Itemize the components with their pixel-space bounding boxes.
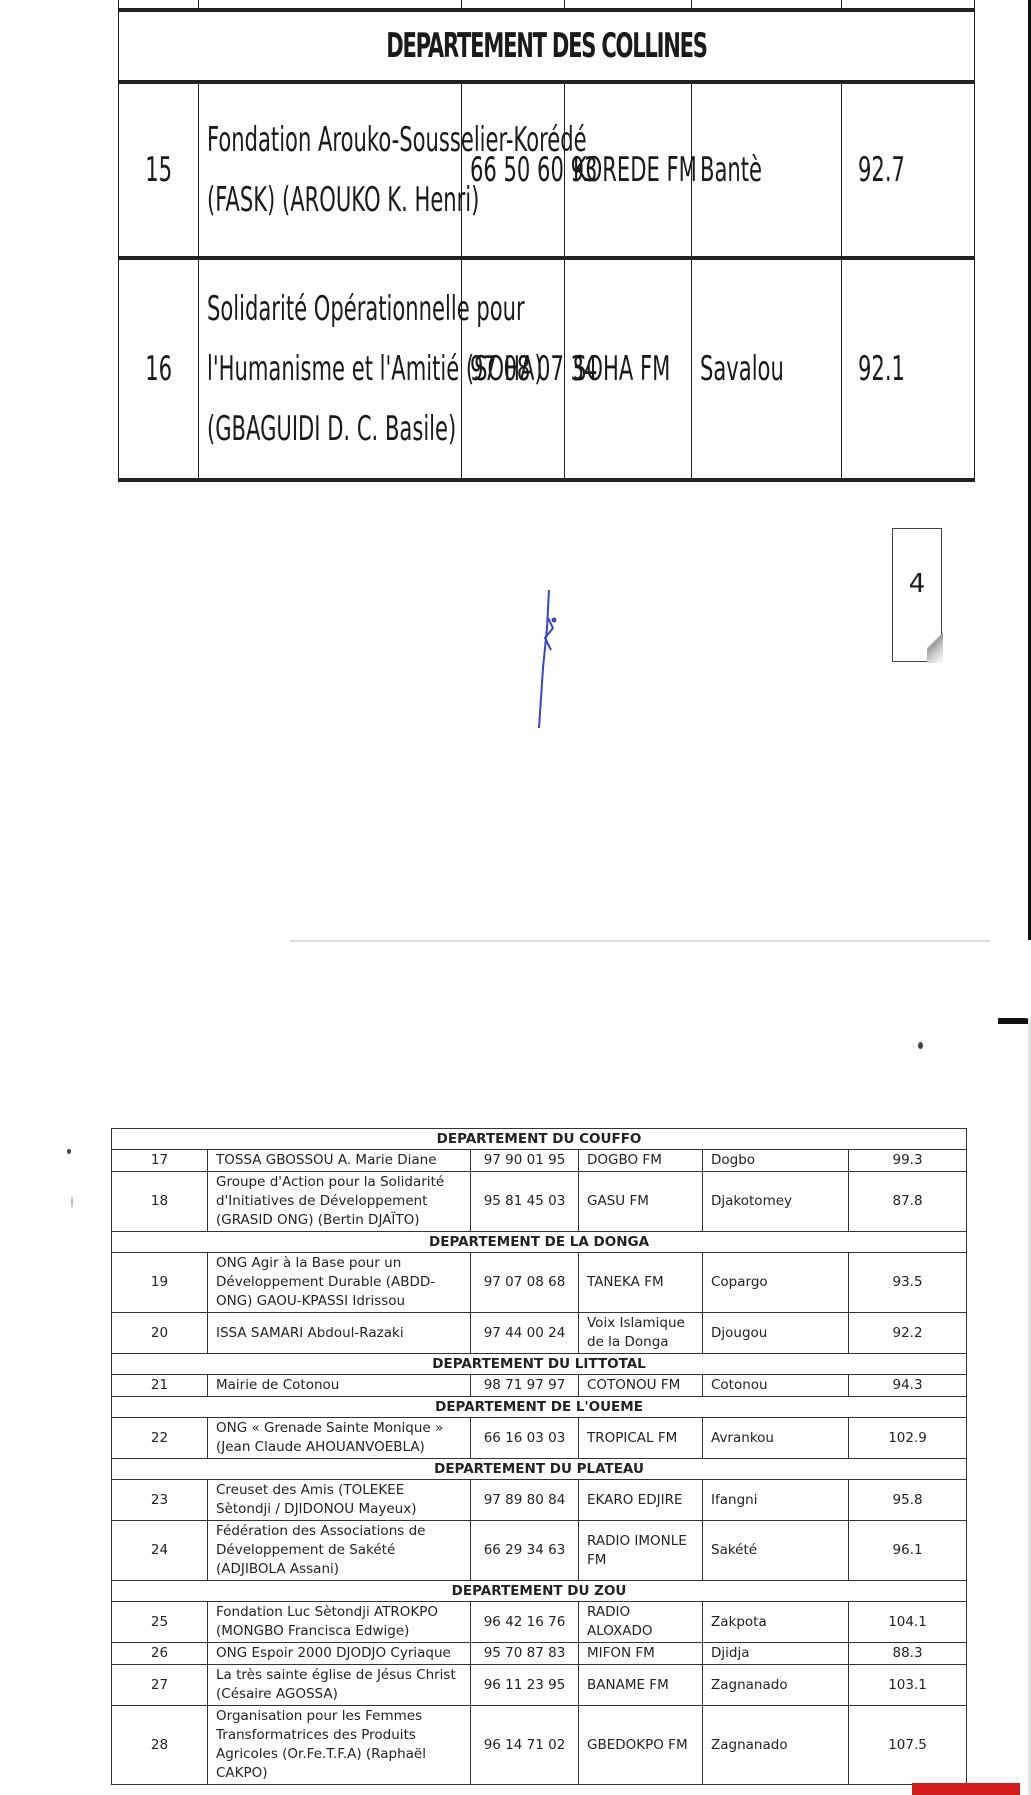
department-header-row: DEPARTEMENT DU LITTOTAL <box>112 1354 967 1375</box>
promoter-line: Solidarité Opérationnelle pour <box>207 279 525 339</box>
department-header: DEPARTEMENT DES COLLINES <box>119 10 975 82</box>
phone: 98 71 97 97 <box>471 1375 579 1397</box>
frequency: 92.7 <box>858 150 905 190</box>
locality: Zagnanado <box>703 1665 849 1706</box>
radio-name: SOHA FM <box>573 349 670 389</box>
frequency: 88.3 <box>849 1643 967 1665</box>
phone: 95 81 45 03 <box>471 1172 579 1232</box>
promoter-name: ONG Espoir 2000 DJODJO Cyriaque <box>208 1643 471 1665</box>
promoter-name: Fédération des Associations de Développe… <box>208 1521 471 1581</box>
locality: Sakété <box>703 1521 849 1581</box>
scanned-page-1: DEPARTEMENT DES COLLINES 15 Fondation Ar… <box>0 0 1031 940</box>
promoter-name: ISSA SAMARI Abdoul-Razaki <box>208 1313 471 1354</box>
previous-row-stub <box>119 0 975 10</box>
phone: 66 29 34 63 <box>471 1521 579 1581</box>
table-row: 23Creuset des Amis (TOLEKEE Sètondji / D… <box>112 1480 967 1521</box>
locality: Ifangni <box>703 1480 849 1521</box>
department-title: DEPARTEMENT DU PLATEAU <box>112 1459 967 1480</box>
table-row: 22ONG « Grenade Sainte Monique » (Jean C… <box>112 1418 967 1459</box>
department-title: DEPARTEMENT DE LA DONGA <box>112 1232 967 1253</box>
frequency: 103.1 <box>849 1665 967 1706</box>
radio-name: RADIO ALOXADO <box>579 1602 703 1643</box>
radio-name: MIFON FM <box>579 1643 703 1665</box>
scan-speck <box>918 1042 923 1049</box>
radio-name: TROPICAL FM <box>579 1418 703 1459</box>
row-number: 18 <box>112 1172 208 1232</box>
locality: Djidja <box>703 1643 849 1665</box>
department-header-row: DEPARTEMENT DU COUFFO <box>112 1129 967 1150</box>
radio-name: Voix Islamique de la Donga <box>579 1313 703 1354</box>
promoter-line: (FASK) (AROUKO K. Henri) <box>207 170 479 230</box>
department-title: DEPARTEMENT DU COUFFO <box>112 1129 967 1150</box>
promoter-name: Creuset des Amis (TOLEKEE Sètondji / DJI… <box>208 1480 471 1521</box>
locality: Djakotomey <box>703 1172 849 1232</box>
frequency: 99.3 <box>849 1150 967 1172</box>
page-edge-line <box>290 940 990 942</box>
red-tab-marker <box>912 1783 1020 1795</box>
row-number: 21 <box>112 1375 208 1397</box>
stations-table: DEPARTEMENT DU COUFFO17TOSSA GBOSSOU A. … <box>111 1128 967 1785</box>
phone: 66 16 03 03 <box>471 1418 579 1459</box>
phone: 97 90 01 95 <box>471 1150 579 1172</box>
radio-name: COTONOU FM <box>579 1375 703 1397</box>
department-header-row: DEPARTEMENT DE L'OUEME <box>112 1397 967 1418</box>
page-number-stamp-icon: 4 <box>892 528 942 662</box>
department-header-row: DEPARTEMENT DU ZOU <box>112 1581 967 1602</box>
phone: 95 70 87 83 <box>471 1643 579 1665</box>
table-row: 21Mairie de Cotonou98 71 97 97COTONOU FM… <box>112 1375 967 1397</box>
phone: 96 42 16 76 <box>471 1602 579 1643</box>
department-header-row: DEPARTEMENT DU PLATEAU <box>112 1459 967 1480</box>
locality: Dogbo <box>703 1150 849 1172</box>
table-row: 18Groupe d'Action pour la Solidarité d'I… <box>112 1172 967 1232</box>
row-number: 17 <box>112 1150 208 1172</box>
collines-table: DEPARTEMENT DES COLLINES 15 Fondation Ar… <box>118 0 975 482</box>
table-row: 25Fondation Luc Sètondji ATROKPO (MONGBO… <box>112 1602 967 1643</box>
table-row: 28Organisation pour les Femmes Transform… <box>112 1706 967 1785</box>
row-number: 19 <box>112 1253 208 1313</box>
row-number: 20 <box>112 1313 208 1354</box>
locality: Zagnanado <box>703 1706 849 1785</box>
locality: Avrankou <box>703 1418 849 1459</box>
row-number: 26 <box>112 1643 208 1665</box>
department-title: DEPARTEMENT DES COLLINES <box>386 26 707 66</box>
table-row: 19ONG Agir à la Base pour un Développeme… <box>112 1253 967 1313</box>
table-row: 20ISSA SAMARI Abdoul-Razaki97 44 00 24Vo… <box>112 1313 967 1354</box>
promoter-name: Groupe d'Action pour la Solidarité d'Ini… <box>208 1172 471 1232</box>
scan-speck <box>71 1196 73 1208</box>
radio-name: GBEDOKPO FM <box>579 1706 703 1785</box>
frequency: 107.5 <box>849 1706 967 1785</box>
table-row: 26ONG Espoir 2000 DJODJO Cyriaque95 70 8… <box>112 1643 967 1665</box>
frequency: 94.3 <box>849 1375 967 1397</box>
locality: Cotonou <box>703 1375 849 1397</box>
frequency: 102.9 <box>849 1418 967 1459</box>
phone: 97 89 80 84 <box>471 1480 579 1521</box>
promoter-name: ONG « Grenade Sainte Monique » (Jean Cla… <box>208 1418 471 1459</box>
promoter-name: La très sainte église de Jésus Christ (C… <box>208 1665 471 1706</box>
locality: Bantè <box>700 150 762 190</box>
phone: 96 14 71 02 <box>471 1706 579 1785</box>
promoter-line: (GBAGUIDI D. C. Basile) <box>207 399 456 459</box>
row-number: 28 <box>112 1706 208 1785</box>
row-number: 15 <box>145 150 172 190</box>
radio-name: GASU FM <box>579 1172 703 1232</box>
radio-name: KOREDE FM <box>573 150 697 190</box>
page-number: 4 <box>909 569 926 599</box>
phone: 96 11 23 95 <box>471 1665 579 1706</box>
frequency: 92.1 <box>858 349 905 389</box>
row-number: 27 <box>112 1665 208 1706</box>
row-number: 23 <box>112 1480 208 1521</box>
frequency: 104.1 <box>849 1602 967 1643</box>
frequency: 96.1 <box>849 1521 967 1581</box>
locality: Copargo <box>703 1253 849 1313</box>
signature-icon <box>535 588 565 738</box>
locality: Djougou <box>703 1313 849 1354</box>
radio-name: EKARO EDJIRE <box>579 1480 703 1521</box>
promoter-name: Organisation pour les Femmes Transformat… <box>208 1706 471 1785</box>
radio-name: DOGBO FM <box>579 1150 703 1172</box>
department-title: DEPARTEMENT DE L'OUEME <box>112 1397 967 1418</box>
table-row: 27La très sainte église de Jésus Christ … <box>112 1665 967 1706</box>
page-corner <box>998 1018 1031 1024</box>
radio-name: TANEKA FM <box>579 1253 703 1313</box>
row-number: 25 <box>112 1602 208 1643</box>
department-title: DEPARTEMENT DU LITTOTAL <box>112 1354 967 1375</box>
phone: 97 07 08 68 <box>471 1253 579 1313</box>
table-row: 24Fédération des Associations de Dévelop… <box>112 1521 967 1581</box>
frequency: 87.8 <box>849 1172 967 1232</box>
scanned-page-2: DEPARTEMENT DU COUFFO17TOSSA GBOSSOU A. … <box>0 1018 1031 1795</box>
table-row: 17TOSSA GBOSSOU A. Marie Diane97 90 01 9… <box>112 1150 967 1172</box>
table-row: 15 Fondation Arouko-Sousselier-Korédé (F… <box>119 82 975 258</box>
department-header-row: DEPARTEMENT DES COLLINES <box>119 10 975 82</box>
scan-speck <box>67 1149 71 1154</box>
promoter-name: ONG Agir à la Base pour un Développement… <box>208 1253 471 1313</box>
table-row: 16 Solidarité Opérationnelle pour l'Huma… <box>119 258 975 480</box>
phone: 97 44 00 24 <box>471 1313 579 1354</box>
radio-name: BANAME FM <box>579 1665 703 1706</box>
promoter-name: Fondation Luc Sètondji ATROKPO (MONGBO F… <box>208 1602 471 1643</box>
promoter-name: TOSSA GBOSSOU A. Marie Diane <box>208 1150 471 1172</box>
department-title: DEPARTEMENT DU ZOU <box>112 1581 967 1602</box>
locality: Zakpota <box>703 1602 849 1643</box>
row-number: 24 <box>112 1521 208 1581</box>
department-header-row: DEPARTEMENT DE LA DONGA <box>112 1232 967 1253</box>
row-number: 16 <box>145 349 172 389</box>
frequency: 93.5 <box>849 1253 967 1313</box>
radio-name: RADIO IMONLE FM <box>579 1521 703 1581</box>
frequency: 92.2 <box>849 1313 967 1354</box>
frequency: 95.8 <box>849 1480 967 1521</box>
promoter-name: Mairie de Cotonou <box>208 1375 471 1397</box>
row-number: 22 <box>112 1418 208 1459</box>
locality: Savalou <box>700 349 784 389</box>
